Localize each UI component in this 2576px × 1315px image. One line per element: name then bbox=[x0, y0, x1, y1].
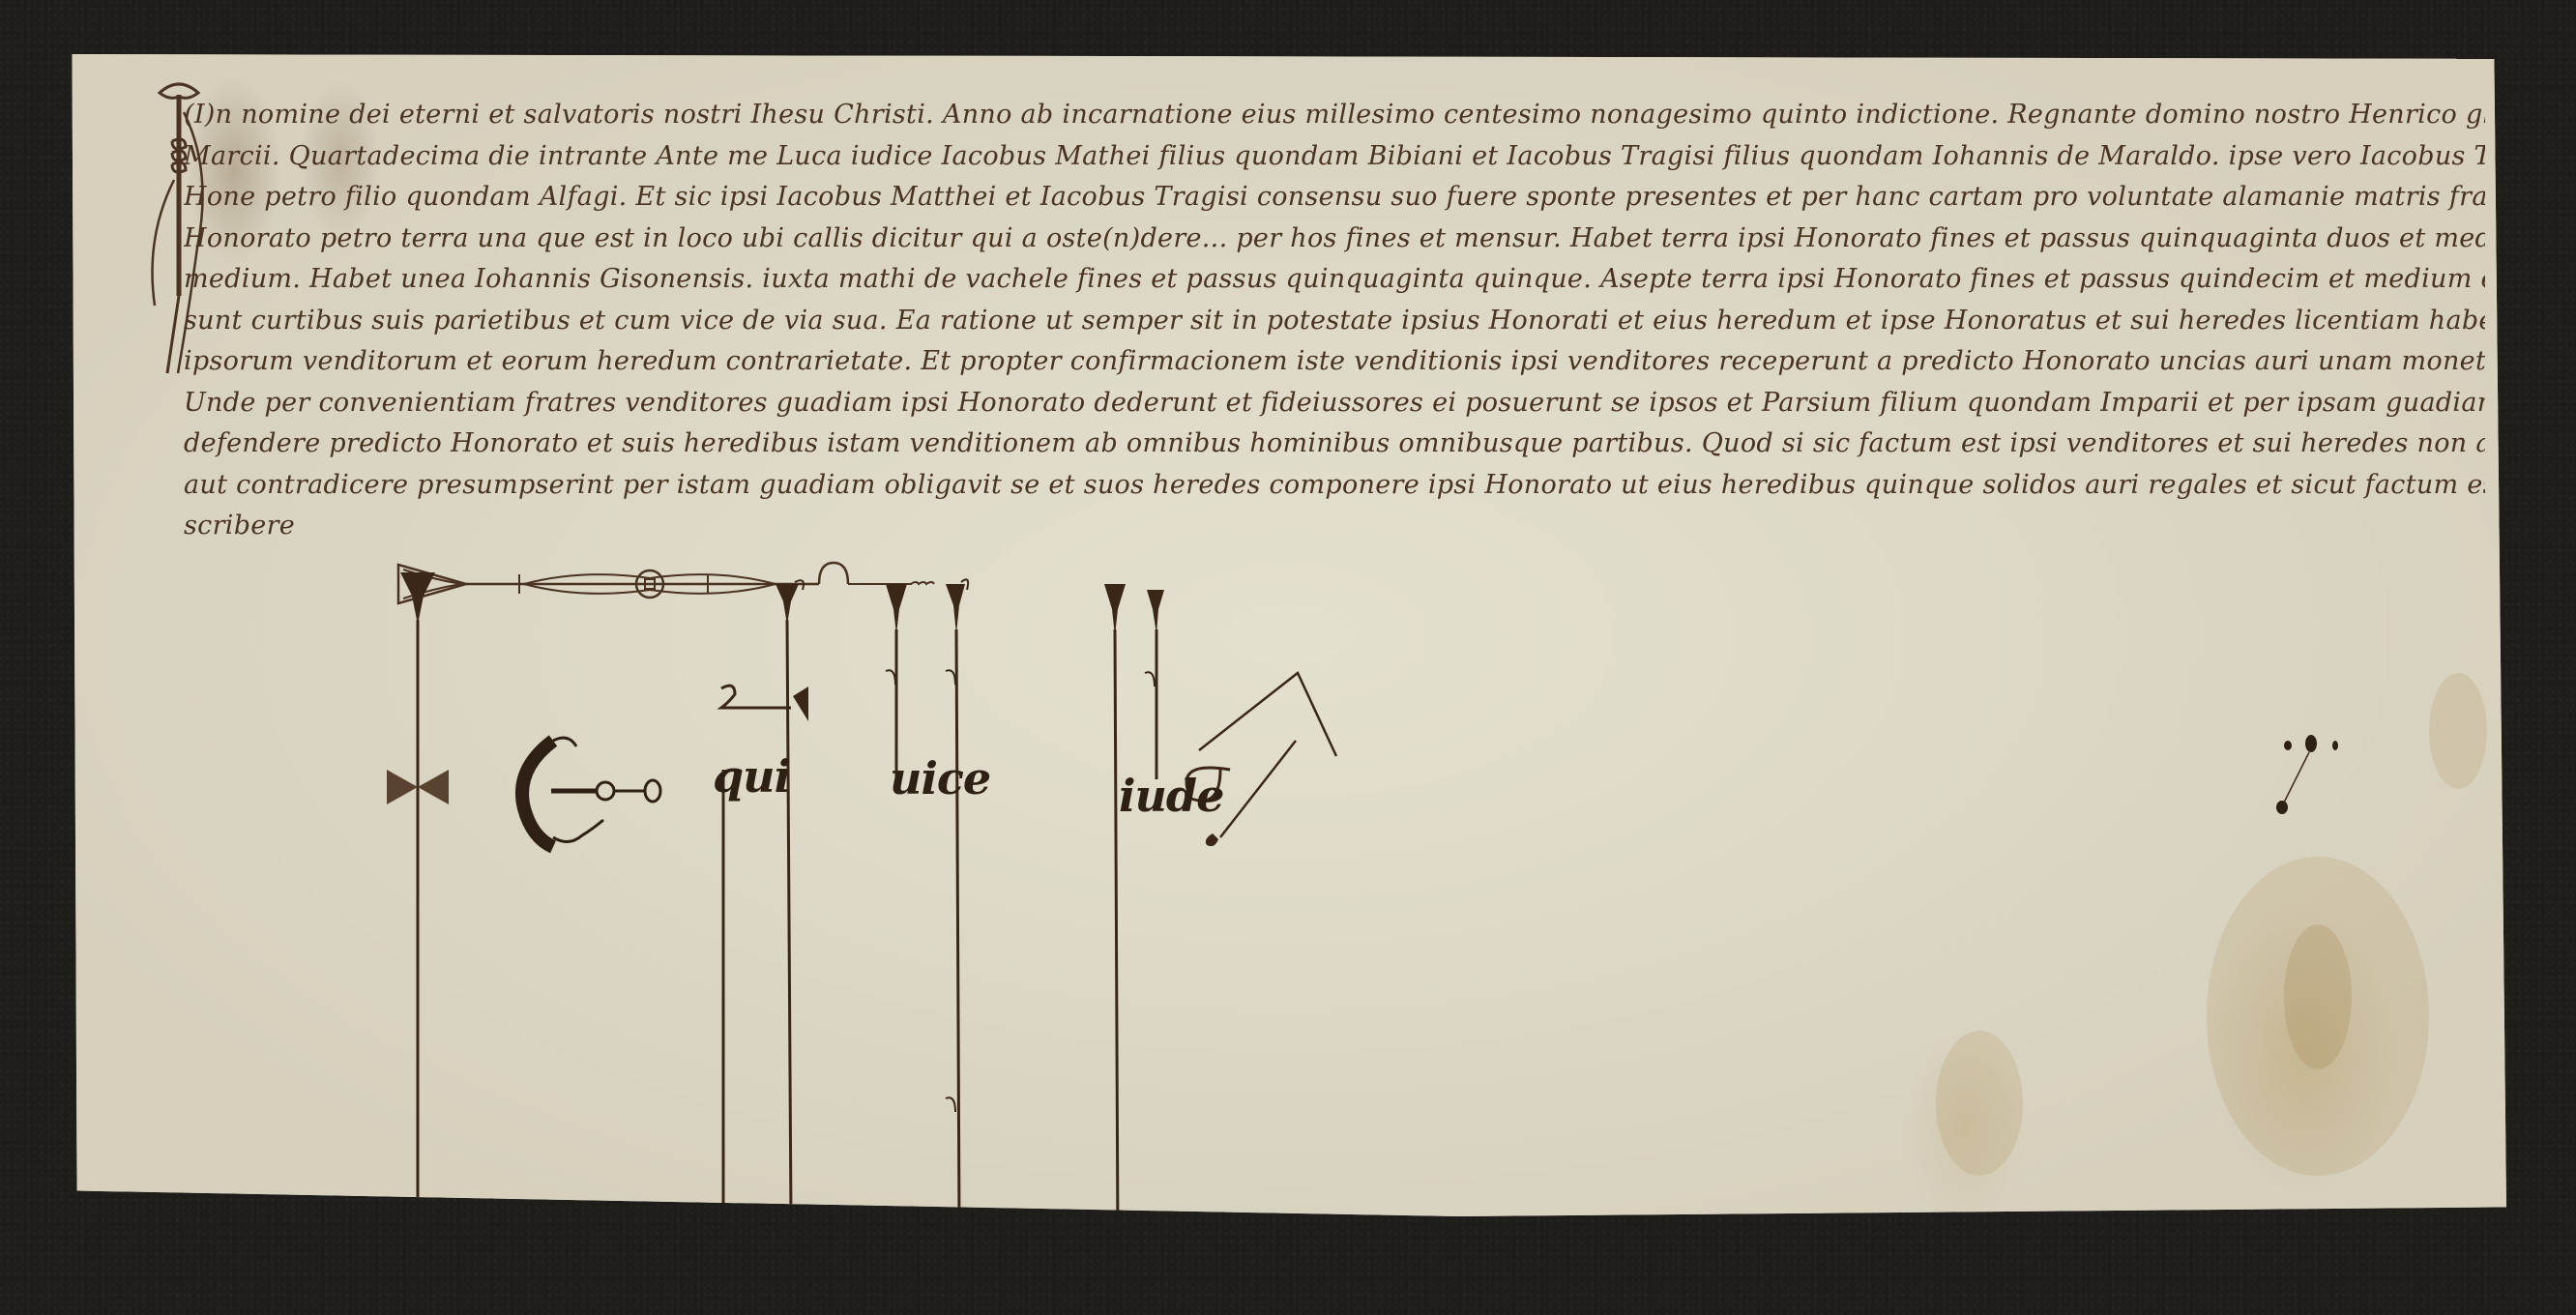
text-line-6: sunt curtibus suis parietibus et cum vic… bbox=[184, 301, 2485, 342]
water-stain bbox=[2429, 673, 2487, 789]
text-line-3: Hone petro filio quondam Alfagi. Et sic … bbox=[184, 177, 2485, 219]
signum-cross-icon bbox=[698, 576, 814, 1234]
text-line-11: scribere precepi bbox=[184, 506, 300, 547]
text-line-5: medium. Habet unea Iohannis Gisonensis. … bbox=[184, 259, 2485, 301]
charter-text: (I)n nomine dei eterni et salvatoris nos… bbox=[184, 95, 2485, 547]
signature-uice-label: uice bbox=[890, 752, 990, 804]
parchment-sheet: (I)n nomine dei eterni et salvatoris nos… bbox=[70, 54, 2506, 1216]
signum-cross-icon bbox=[379, 567, 456, 1224]
signature-iude-label: iude bbox=[1119, 770, 1223, 822]
text-line-2: Marcii. Quartadecima die intrante Ante m… bbox=[184, 136, 2485, 178]
water-stain bbox=[2284, 924, 2352, 1069]
text-line-10: aut contradicere presumpserint per istam… bbox=[184, 465, 2485, 507]
signum-cross-icon bbox=[872, 576, 988, 1234]
water-stain bbox=[1936, 1031, 2023, 1176]
text-line-9: defendere predicto Honorato et suis here… bbox=[184, 424, 2485, 465]
terminal-dots bbox=[2284, 731, 2371, 818]
text-line-7: ipsorum venditorum et eorum heredum cont… bbox=[184, 341, 2485, 383]
signature-qui-label: qui bbox=[713, 750, 790, 803]
text-line-8: Unde per convenientiam fratres venditore… bbox=[184, 383, 2485, 424]
text-line-4: Honorato petro terra una que est in loco… bbox=[184, 219, 2485, 260]
text-line-1: (I)n nomine dei eterni et salvatoris nos… bbox=[184, 95, 2485, 136]
signum-cross-icon bbox=[1075, 576, 1365, 1253]
